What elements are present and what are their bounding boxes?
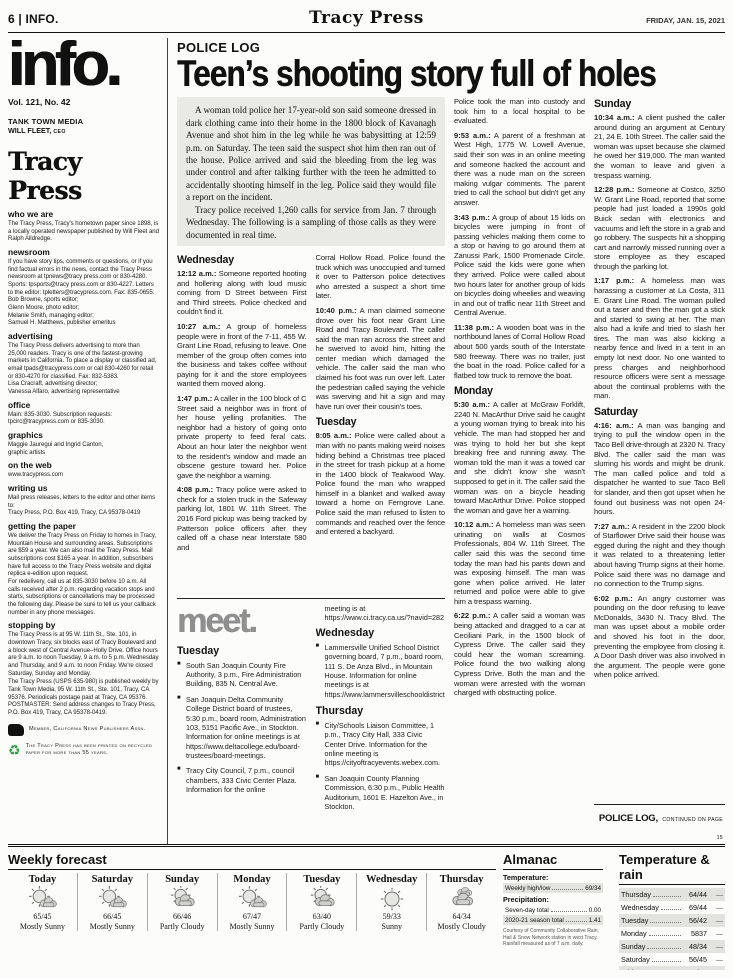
row-value: 48/34 [683,942,707,951]
issue-date: FRIDAY, JAN. 15, 2021 [646,16,725,25]
forecast-day: Thursday64/34Mostly Cloudy [426,873,496,931]
almanac-title: Almanac [503,852,603,870]
weather-partly-cloudy-icon [165,886,199,912]
ceo-title: CEO [53,129,65,135]
forecast-day: Sunday66/46Partly Cloudy [147,873,217,931]
forecast-days: Today65/45Mostly SunnySaturday66/45Mostl… [8,873,496,931]
rain-value: — [707,916,723,925]
weather-partly-cloudy-icon [305,886,339,912]
lede-paragraph: A woman told police her 17-year-old son … [186,104,436,204]
weather-mostly-sunny-icon [235,886,269,912]
log-entry-time: 12:28 p.m.: [594,185,634,194]
row-value: 56/45 [683,955,707,964]
weather-sunny-icon [375,886,409,912]
forecast-condition: Partly Cloudy [149,922,216,931]
forecast-condition: Sunny [358,922,425,931]
dotted-leader [647,948,681,949]
row-label: Sunday [621,942,645,951]
sidebar-section-body: The Tracy Press is at 95 W. 11th St., St… [8,631,159,677]
continued-label: POLICE LOG, [599,813,658,824]
sidebar-section: getting the paperWe deliver the Tracy Pr… [8,521,159,616]
weather-mostly-cloudy-icon [445,886,479,912]
log-entry: 6:22 p.m.: A caller said a woman was bei… [454,611,585,697]
sidebar-section-heading: writing us [8,483,159,493]
forecast-title: Weekly forecast [8,852,496,870]
dotted-leader [661,909,681,910]
dotted-leader [649,935,681,936]
meet-item: ■South San Joaquin County Fire Authority… [177,661,307,689]
left-pane: A woman told police her 17-year-old son … [177,97,445,844]
square-bullet-icon: ■ [177,766,181,774]
sidebar-section: writing usMail press releases, letters t… [8,483,159,517]
square-bullet-icon: ■ [316,721,320,729]
rain-value: — [707,890,723,899]
dotted-leader [650,922,681,923]
log-entry-time: 10:40 p.m.: [316,306,357,315]
temperature-label: Temperature: [503,873,603,882]
temp-rain-row: Thursday64/44— [619,888,725,901]
recycle-row: ♻ The Tracy Press has been printed on re… [8,743,159,757]
log-entry-time: 10:34 a.m.: [594,113,635,122]
log-entry-time: 6:02 p.m.: [594,594,633,603]
log-entry: 11:38 p.m.: A wooden boat was in the nor… [454,323,585,380]
meet-item: ■San Joaquin Delta Community College Dis… [177,695,307,761]
weather-strip: Weekly forecast Today65/45Mostly SunnySa… [8,844,725,970]
log-entry-time: 10:12 a.m.: [454,520,494,529]
forecast-day: Wednesday59/33Sunny [356,873,426,931]
sidebar-section: graphicsMaggie Jauregui and Ingrid Canto… [8,430,159,456]
log-entry: 10:34 a.m.: A client pushed the caller a… [594,113,725,180]
precipitation-rows: Seven-day total0.002020-21 season total1… [503,905,603,925]
row-value: 69/44 [683,903,707,912]
forecast-temps: 66/46 [149,912,216,921]
almanac: Almanac Temperature: Weekly high/low69/3… [496,852,610,970]
forecast-day-name: Wednesday [358,874,425,885]
sidebar-section-body: Maggie Jauregui and Ingrid Canton, graph… [8,441,159,456]
ceo-line: WILL FLEET, CEO [8,126,159,135]
sidebar-section-heading: on the web [8,460,159,470]
sidebar-section-body: Mail press releases, letters to the edit… [8,494,159,517]
sidebar-section-body: The Tracy Press, Tracy's hometown paper … [8,220,159,243]
page-body: info. Vol. 121, No. 42 TANK TOWN MEDIA W… [8,38,725,844]
meet-day-heading: Thursday [316,705,446,717]
meet-item: ■San Joaquin County Planning Commission,… [316,774,446,811]
meet-column-2: meeting is at https://www.ci.tracy.ca.us… [316,604,446,844]
log-entry-time: 6:22 p.m.: [454,611,490,620]
sidebar-section-body: www.tracypress.com [8,471,159,479]
masthead-logo: Tracy Press [299,8,434,28]
weather-mostly-sunny-icon [95,886,129,912]
log-entry: 10:40 p.m.: A man claimed someone drove … [316,306,446,411]
company-name: TANK TOWN MEDIA [8,117,159,126]
meet-item: ■Tracy City Council, 7 p.m., council cha… [177,766,307,794]
forecast-temps: 63/40 [288,912,355,921]
recycle-icon: ♻ [8,743,21,757]
rain-value: — [707,955,723,964]
row-label: Saturday [621,955,650,964]
forecast-day-name: Monday [219,874,286,885]
row-value: 0.00 [589,907,601,914]
temp-rain-rows: Thursday64/44—Wednesday69/44—Tuesday56/4… [619,888,725,970]
row-label: Wednesday [621,903,659,912]
cnpa-member-row: Member, California News Publishers Assn. [8,724,159,736]
section-title: info. [8,40,159,91]
log-entry: 4:08 p.m.: Tracy police were asked to ch… [177,485,307,552]
dotted-leader [552,889,583,890]
rain-value: — [707,968,723,970]
forecast-temps: 67/47 [219,912,286,921]
sidebar-section: newsroomIf you have story tips, comments… [8,247,159,327]
log-entry: 5:30 a.m.: A caller at McGraw Forklift, … [454,400,585,515]
log-column-3: Police took the man into custody and too… [454,97,585,844]
log-day-heading: Sunday [594,98,725,110]
row-value: 64/44 [683,890,707,899]
forecast-day: Monday67/47Mostly Sunny [217,873,287,931]
forecast-day: Saturday66/45Mostly Sunny [77,873,147,931]
log-entry: 10:27 a.m.: A group of homeless people w… [177,322,307,389]
log-entry: 9:53 a.m.: A parent of a freshman at Wes… [454,131,585,208]
log-column-4: Sunday10:34 a.m.: A client pushed the ca… [594,97,725,844]
log-entry: 12:28 p.m.: Someone at Costco, 3250 W. G… [594,185,725,271]
row-value: 55/41 [683,968,707,970]
log-entry-time: 1:47 p.m.: [177,394,212,403]
meet-day-heading: Tuesday [177,645,307,657]
sidebar-sections: who we areThe Tracy Press, Tracy's homet… [8,209,159,717]
log-entry: Corral Hollow Road. Police found the tru… [316,253,446,301]
meet-column-1: meet. Tuesday■South San Joaquin County F… [177,604,307,844]
weekly-forecast: Weekly forecast Today65/45Mostly SunnySa… [8,852,496,970]
log-entry-time: 4:16: a.m.: [594,421,634,430]
ceo-name: WILL FLEET, [8,126,51,135]
log-columns-1-2: Wednesday12:12 a.m.: Someone reported ho… [177,253,445,591]
forecast-temps: 59/33 [358,912,425,921]
sidebar-section-body: The Tracy Press (USPS 635-980) is publis… [8,678,159,716]
dotted-leader [551,911,587,912]
dotted-leader [652,961,681,962]
section-divider [177,598,445,599]
rain-value: — [707,942,723,951]
row-label: Tuesday [621,916,648,925]
almanac-row: Weekly high/low69/34 [503,883,603,893]
sidebar-section-heading: graphics [8,430,159,440]
sidebar-section: advertisingThe Tracy Press delivers adve… [8,331,159,396]
sidebar-section-body: The Tracy Press delivers advertising to … [8,342,159,396]
row-value: 5837 [683,929,707,938]
temp-rain-row: Sunday48/34— [619,940,725,953]
forecast-condition: Mostly Sunny [219,922,286,931]
meet-title: meet. [177,606,307,637]
sidebar-section-heading: advertising [8,331,159,341]
log-day-heading: Monday [454,385,585,397]
log-entry: 7:27 a.m.: A resident in the 2200 block … [594,522,725,589]
row-label: Seven-day total [505,907,549,914]
forecast-temps: 66/45 [79,912,146,921]
sidebar-section-heading: who we are [8,209,159,219]
temperature-rows: Weekly high/low69/34 [503,883,603,893]
rain-value: — [707,929,723,938]
dotted-leader [566,921,587,922]
temp-rain-row: Friday55/41— [619,966,725,970]
log-column-2: Corral Hollow Road. Police found the tru… [316,253,446,591]
forecast-day-name: Today [9,874,76,885]
log-entry-time: 11:38 p.m.: [454,323,494,332]
info-sidebar: info. Vol. 121, No. 42 TANK TOWN MEDIA W… [8,38,168,844]
row-label: Weekly high/low [505,885,550,892]
sidebar-section-body: Main: 835-3030. Subscription requests: t… [8,411,159,426]
page-header: 6 | INFO. Tracy Press FRIDAY, JAN. 15, 2… [8,6,725,33]
meet-section: meet. Tuesday■South San Joaquin County F… [177,604,445,844]
temp-rain-row: Monday5837— [619,927,725,940]
forecast-day-name: Sunday [149,874,216,885]
temp-rain-row: Saturday56/45— [619,953,725,966]
weather-mostly-sunny-icon [25,886,59,912]
almanac-row: 2020-21 season total1.41 [503,915,603,925]
square-bullet-icon: ■ [316,643,320,651]
log-entry-time: 12:12 a.m.: [177,269,216,278]
log-entry: 3:43 p.m.: A group of about 15 kids on b… [454,213,585,318]
sidebar-section-heading: office [8,400,159,410]
log-entry-time: 5:30 a.m.: [454,400,490,409]
forecast-day: Today65/45Mostly Sunny [8,873,77,931]
log-entry: 10:12 a.m.: A homeless man was seen urin… [454,520,585,606]
log-day-heading: Saturday [594,406,725,418]
article-headline: Teen’s shooting story full of holes [177,56,725,91]
tracy-press-logo: Tracy Press [8,147,159,205]
dotted-leader [653,896,681,897]
sidebar-section-body: If you have story tips, comments or ques… [8,258,159,327]
sidebar-section: officeMain: 835-3030. Subscription reque… [8,400,159,426]
forecast-day-name: Thursday [428,874,495,885]
square-bullet-icon: ■ [177,695,181,703]
log-entry: 1:17 p.m.: A homeless man was harassing … [594,276,725,401]
log-day-heading: Wednesday [177,254,307,266]
recycle-line: The Tracy Press has been printed on recy… [26,743,159,756]
log-entry: 6:02 p.m.: An angry customer was poundin… [594,594,725,680]
member-line: Member, California News Publishers Assn. [29,726,146,733]
page-number: 6 | INFO. [8,12,59,26]
lede-paragraph: Tracy police received 1,260 calls for se… [186,204,436,241]
forecast-temps: 65/45 [9,912,76,921]
almanac-footnote: Courtesy of Community Collaborative Rain… [503,928,603,948]
log-entry-time: 8:05 a.m.: [316,431,352,440]
forecast-condition: Partly Cloudy [288,922,355,931]
forecast-condition: Mostly Sunny [9,922,76,931]
row-value: 1.41 [589,917,601,924]
police-log-article: POLICE LOG Teen’s shooting story full of… [168,38,725,844]
sidebar-section-heading: stopping by [8,620,159,630]
sidebar-section-heading: getting the paper [8,521,159,531]
precipitation-label: Precipitation: [503,895,603,904]
log-entry: Police took the man into custody and too… [454,97,585,126]
sidebar-section-heading: newsroom [8,247,159,257]
temp-rain-row: Wednesday69/44— [619,901,725,914]
row-label: 2020-21 season total [505,917,564,924]
log-entry-time: 9:53 a.m.: [454,131,491,140]
meet-item: ■Lammersville Unified School District go… [316,643,446,699]
temperature-rain-table: Temperature & rain Thursday64/44—Wednesd… [610,852,725,970]
row-value: 69/34 [585,885,601,892]
sidebar-section: who we areThe Tracy Press, Tracy's homet… [8,209,159,243]
rain-value: — [707,903,723,912]
forecast-day-name: Tuesday [288,874,355,885]
forecast-temps: 64/34 [428,912,495,921]
log-entry-time: 3:43 p.m.: [454,213,490,222]
forecast-condition: Mostly Cloudy [428,922,495,931]
log-entry: 4:16: a.m.: A man was banging and trying… [594,421,725,517]
row-value: 56/42 [683,916,707,925]
continued-notice: POLICE LOG, CONTINUED ON PAGE 15 [594,804,725,844]
temp-rain-title: Temperature & rain [619,852,725,885]
continued-page: CONTINUED ON PAGE 15 [662,817,723,841]
cnpa-logo-icon [8,724,24,736]
square-bullet-icon: ■ [177,661,181,669]
log-entry-time: 4:08 p.m.: [177,485,213,494]
meet-day-heading: Wednesday [316,627,446,639]
forecast-condition: Mostly Sunny [79,922,146,931]
log-entry: 8:05 a.m.: Police were called about a ma… [316,431,446,536]
log-entry-time: 1:17 p.m.: [594,276,634,285]
meet-item-continuation: meeting is at https://www.ci.tracy.ca.us… [316,604,446,623]
log-day-heading: Tuesday [316,416,446,428]
log-entry: 1:47 p.m.: A caller in the 100 block of … [177,394,307,480]
forecast-day-name: Saturday [79,874,146,885]
sidebar-section: stopping byThe Tracy Press is at 95 W. 1… [8,620,159,677]
forecast-day: Tuesday63/40Partly Cloudy [286,873,356,931]
square-bullet-icon: ■ [316,774,320,782]
meet-item: ■City/Schools Liaison Committee, 1 p.m.,… [316,721,446,768]
sidebar-section: on the webwww.tracypress.com [8,460,159,479]
almanac-row: Seven-day total0.00 [503,905,603,915]
log-entry-time: 10:27 a.m.: [177,322,220,331]
row-label: Monday [621,929,647,938]
log-column-1: Wednesday12:12 a.m.: Someone reported ho… [177,253,307,591]
article-lede-box: A woman told police her 17-year-old son … [177,97,445,246]
newspaper-page: 6 | INFO. Tracy Press FRIDAY, JAN. 15, 2… [0,0,733,978]
row-label: Friday [621,968,641,970]
log-entry-time: 7:27 a.m.: [594,522,629,531]
log-entry: 12:12 a.m.: Someone reported hooting and… [177,269,307,317]
row-label: Thursday [621,890,651,899]
sidebar-section: The Tracy Press (USPS 635-980) is publis… [8,678,159,716]
temp-rain-row: Tuesday56/42— [619,914,725,927]
police-log-columns: A woman told police her 17-year-old son … [177,97,725,844]
sidebar-section-body: We deliver the Tracy Press on Friday to … [8,532,159,616]
